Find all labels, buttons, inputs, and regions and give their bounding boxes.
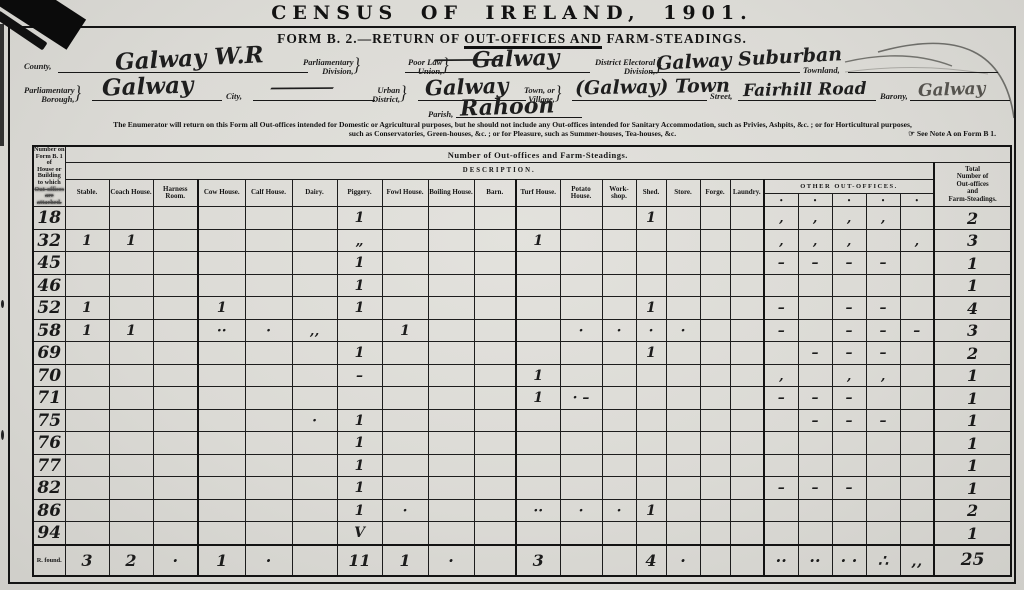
house-number-cell: 52 bbox=[33, 297, 65, 320]
table-row: 94V1 bbox=[33, 522, 1011, 545]
mark-cell-calf bbox=[245, 229, 292, 252]
mark-cell-boiling bbox=[428, 364, 474, 387]
column-header-potato: Potato House. bbox=[560, 179, 602, 207]
mark-cell-o3 bbox=[832, 454, 866, 477]
county-label: County, bbox=[24, 62, 51, 71]
mark-cell-o5 bbox=[900, 432, 934, 455]
mark-cell-o3: ‚ bbox=[832, 229, 866, 252]
mark-cell-forge bbox=[700, 274, 730, 297]
parl-division-label: ParliamentaryDivision,} bbox=[303, 58, 360, 75]
mark-cell-shed: 1 bbox=[636, 207, 666, 230]
mark-cell-cow bbox=[198, 387, 245, 410]
mark-cell-shed bbox=[636, 364, 666, 387]
total-mark-cell-o1: ·· bbox=[764, 545, 798, 576]
mark-cell-dairy: ‚‚ bbox=[292, 319, 337, 342]
mark-cell-calf bbox=[245, 522, 292, 545]
row-total-cell: 2 bbox=[934, 499, 1011, 522]
mark-cell-fowl bbox=[382, 207, 428, 230]
mark-cell-o4: – bbox=[866, 297, 900, 320]
mark-cell-turf bbox=[516, 207, 560, 230]
mark-cell-o5 bbox=[900, 207, 934, 230]
mark-cell-o5 bbox=[900, 342, 934, 365]
house-number-cell: 75 bbox=[33, 409, 65, 432]
mark-cell-calf: · bbox=[245, 319, 292, 342]
mark-cell-o2: – bbox=[798, 477, 832, 500]
mark-cell-store bbox=[666, 387, 700, 410]
mark-cell-o1: ‚ bbox=[764, 364, 798, 387]
mark-cell-stable bbox=[65, 432, 109, 455]
mark-cell-laundry bbox=[730, 342, 764, 365]
mark-cell-workshop bbox=[602, 297, 636, 320]
description-header: Description. bbox=[65, 163, 934, 180]
mark-cell-turf bbox=[516, 274, 560, 297]
mark-cell-o4: – bbox=[866, 319, 900, 342]
mark-cell-workshop bbox=[602, 387, 636, 410]
mark-cell-turf: 1 bbox=[516, 229, 560, 252]
mark-cell-piggery: 1 bbox=[337, 499, 382, 522]
mark-cell-stable bbox=[65, 499, 109, 522]
column-header-fowl: Fowl House. bbox=[382, 179, 428, 207]
mark-cell-fowl: 1 bbox=[382, 319, 428, 342]
column-header-coach: Coach House. bbox=[109, 179, 153, 207]
mark-cell-fowl bbox=[382, 297, 428, 320]
mark-cell-coach bbox=[109, 454, 153, 477]
grand-total-cell: 25 bbox=[934, 545, 1011, 576]
form-subtitle-pre: FORM B. 2.—RETURN OF bbox=[277, 31, 464, 46]
barony-value: Galway bbox=[918, 79, 986, 101]
mark-cell-o5 bbox=[900, 409, 934, 432]
mark-cell-turf: ·· bbox=[516, 499, 560, 522]
column-header-forge: Forge. bbox=[700, 179, 730, 207]
other-out-offices-header: Other Out-Offices. bbox=[764, 179, 934, 194]
mark-cell-stable: 1 bbox=[65, 319, 109, 342]
table-span-header: Number of Out-offices and Farm-Steadings… bbox=[65, 146, 1011, 163]
mark-cell-boiling bbox=[428, 454, 474, 477]
mark-cell-laundry bbox=[730, 409, 764, 432]
mark-cell-cow bbox=[198, 432, 245, 455]
mark-cell-store bbox=[666, 274, 700, 297]
mark-cell-stable bbox=[65, 252, 109, 275]
totals-row-label: R. found. bbox=[33, 545, 65, 576]
mark-cell-forge bbox=[700, 522, 730, 545]
mark-cell-potato bbox=[560, 477, 602, 500]
other-dot-header: • bbox=[900, 194, 934, 207]
table-row: 7711 bbox=[33, 454, 1011, 477]
table-row: 451––––1 bbox=[33, 252, 1011, 275]
mark-cell-stable: 1 bbox=[65, 297, 109, 320]
table-row: 70–1‚‚‚1 bbox=[33, 364, 1011, 387]
house-number-cell: 58 bbox=[33, 319, 65, 342]
mark-cell-shed: · bbox=[636, 319, 666, 342]
mark-cell-cow bbox=[198, 364, 245, 387]
mark-cell-turf bbox=[516, 319, 560, 342]
form-subtitle-post: FARM-STEADINGS. bbox=[602, 31, 747, 46]
row-total-cell: 1 bbox=[934, 387, 1011, 410]
mark-cell-laundry bbox=[730, 387, 764, 410]
mark-cell-workshop: · bbox=[602, 499, 636, 522]
row-total-cell: 1 bbox=[934, 409, 1011, 432]
column-header-shed: Shed. bbox=[636, 179, 666, 207]
mark-cell-stable bbox=[65, 387, 109, 410]
house-number-cell: 86 bbox=[33, 499, 65, 522]
mark-cell-stable bbox=[65, 364, 109, 387]
mark-cell-harness bbox=[153, 522, 198, 545]
mark-cell-turf bbox=[516, 409, 560, 432]
mark-cell-boiling bbox=[428, 387, 474, 410]
mark-cell-harness bbox=[153, 454, 198, 477]
mark-cell-dairy bbox=[292, 274, 337, 297]
mark-cell-boiling bbox=[428, 499, 474, 522]
mark-cell-potato bbox=[560, 454, 602, 477]
mark-cell-o5 bbox=[900, 364, 934, 387]
row-total-cell: 1 bbox=[934, 364, 1011, 387]
mark-cell-shed bbox=[636, 432, 666, 455]
mark-cell-harness bbox=[153, 274, 198, 297]
total-mark-cell-piggery: 11 bbox=[337, 545, 382, 576]
column-header-barn: Barn. bbox=[474, 179, 516, 207]
mark-cell-piggery: 1 bbox=[337, 274, 382, 297]
house-number-cell: 71 bbox=[33, 387, 65, 410]
total-mark-cell-shed: 4 bbox=[636, 545, 666, 576]
mark-cell-harness bbox=[153, 499, 198, 522]
row-total-cell: 1 bbox=[934, 432, 1011, 455]
mark-cell-calf bbox=[245, 387, 292, 410]
mark-cell-o3 bbox=[832, 522, 866, 545]
mark-cell-piggery: „ bbox=[337, 229, 382, 252]
mark-cell-o2 bbox=[798, 297, 832, 320]
parl-borough-label: ParliamentaryBorough,} bbox=[24, 86, 81, 103]
poor-law-value: Galway bbox=[472, 44, 560, 73]
mark-cell-o4 bbox=[866, 432, 900, 455]
mark-cell-potato bbox=[560, 522, 602, 545]
table-row: 6911–––2 bbox=[33, 342, 1011, 365]
mark-cell-o1: – bbox=[764, 319, 798, 342]
mark-cell-laundry bbox=[730, 319, 764, 342]
mark-cell-shed: 1 bbox=[636, 297, 666, 320]
mark-cell-cow bbox=[198, 229, 245, 252]
mark-cell-o4 bbox=[866, 499, 900, 522]
total-mark-cell-coach: 2 bbox=[109, 545, 153, 576]
mark-cell-boiling bbox=[428, 432, 474, 455]
mark-cell-barn bbox=[474, 387, 516, 410]
mark-cell-dairy bbox=[292, 454, 337, 477]
total-mark-cell-o3: · · bbox=[832, 545, 866, 576]
mark-cell-o3: – bbox=[832, 409, 866, 432]
mark-cell-o4 bbox=[866, 274, 900, 297]
mark-cell-workshop bbox=[602, 409, 636, 432]
table-row: 711· ––––1 bbox=[33, 387, 1011, 410]
mark-cell-coach: 1 bbox=[109, 229, 153, 252]
mark-cell-store bbox=[666, 454, 700, 477]
mark-cell-fowl: · bbox=[382, 499, 428, 522]
mark-cell-dairy bbox=[292, 364, 337, 387]
mark-cell-laundry bbox=[730, 477, 764, 500]
census-table: Number onForm B. 1ofHouse orBuildingto w… bbox=[32, 145, 1012, 577]
scan-speck bbox=[1, 300, 4, 308]
mark-cell-turf: 1 bbox=[516, 364, 560, 387]
mark-cell-shed bbox=[636, 229, 666, 252]
mark-cell-o1: – bbox=[764, 387, 798, 410]
mark-cell-workshop bbox=[602, 342, 636, 365]
mark-cell-o5 bbox=[900, 274, 934, 297]
mark-cell-boiling bbox=[428, 252, 474, 275]
mark-cell-boiling bbox=[428, 477, 474, 500]
mark-cell-stable bbox=[65, 342, 109, 365]
mark-cell-shed bbox=[636, 387, 666, 410]
mark-cell-calf bbox=[245, 252, 292, 275]
mark-cell-laundry bbox=[730, 229, 764, 252]
mark-cell-dairy bbox=[292, 522, 337, 545]
mark-cell-coach bbox=[109, 297, 153, 320]
mark-cell-o2: ‚ bbox=[798, 207, 832, 230]
column-header-boiling: Boiling House. bbox=[428, 179, 474, 207]
total-mark-cell-forge bbox=[700, 545, 730, 576]
mark-cell-workshop: · bbox=[602, 319, 636, 342]
mark-cell-harness bbox=[153, 432, 198, 455]
mark-cell-turf bbox=[516, 252, 560, 275]
mark-cell-barn bbox=[474, 252, 516, 275]
mark-cell-piggery: 1 bbox=[337, 252, 382, 275]
total-mark-cell-harness: · bbox=[153, 545, 198, 576]
mark-cell-workshop bbox=[602, 207, 636, 230]
mark-cell-o1: – bbox=[764, 297, 798, 320]
mark-cell-dairy bbox=[292, 207, 337, 230]
mark-cell-forge bbox=[700, 387, 730, 410]
mark-cell-boiling bbox=[428, 342, 474, 365]
mark-cell-o2 bbox=[798, 364, 832, 387]
mark-cell-stable: 1 bbox=[65, 229, 109, 252]
mark-cell-barn bbox=[474, 477, 516, 500]
total-mark-cell-potato bbox=[560, 545, 602, 576]
mark-cell-workshop bbox=[602, 252, 636, 275]
mark-cell-o3: – bbox=[832, 342, 866, 365]
column-header-turf: Turf House. bbox=[516, 179, 560, 207]
mark-cell-barn bbox=[474, 432, 516, 455]
mark-cell-o3: – bbox=[832, 319, 866, 342]
mark-cell-o1 bbox=[764, 432, 798, 455]
mark-cell-coach bbox=[109, 477, 153, 500]
mark-cell-cow bbox=[198, 207, 245, 230]
mark-cell-forge bbox=[700, 297, 730, 320]
mark-cell-o5 bbox=[900, 252, 934, 275]
townland-underline bbox=[848, 72, 998, 73]
mark-cell-calf bbox=[245, 477, 292, 500]
mark-cell-dairy: · bbox=[292, 409, 337, 432]
form-subtitle: FORM B. 2.—RETURN OF OUT-OFFICES AND FAR… bbox=[10, 31, 1014, 47]
city-value: — bbox=[295, 80, 309, 96]
mark-cell-dairy bbox=[292, 477, 337, 500]
column-header-dairy: Dairy. bbox=[292, 179, 337, 207]
mark-cell-store bbox=[666, 252, 700, 275]
mark-cell-barn bbox=[474, 297, 516, 320]
mark-cell-fowl bbox=[382, 342, 428, 365]
mark-cell-barn bbox=[474, 319, 516, 342]
town-village-underline bbox=[572, 100, 707, 101]
mark-cell-o2 bbox=[798, 432, 832, 455]
total-mark-cell-fowl: 1 bbox=[382, 545, 428, 576]
mark-cell-forge bbox=[700, 432, 730, 455]
street-label: Street, bbox=[710, 92, 732, 101]
mark-cell-potato bbox=[560, 342, 602, 365]
mark-cell-dairy bbox=[292, 252, 337, 275]
mark-cell-cow bbox=[198, 274, 245, 297]
mark-cell-harness bbox=[153, 229, 198, 252]
mark-cell-coach bbox=[109, 207, 153, 230]
table-row: 7611 bbox=[33, 432, 1011, 455]
house-number-cell: 69 bbox=[33, 342, 65, 365]
mark-cell-shed bbox=[636, 252, 666, 275]
total-mark-cell-o5: ‚‚ bbox=[900, 545, 934, 576]
note-reference: ☞ See Note A on Form B 1. bbox=[908, 129, 996, 138]
mark-cell-o4: – bbox=[866, 342, 900, 365]
mark-cell-forge bbox=[700, 364, 730, 387]
mark-cell-stable bbox=[65, 207, 109, 230]
mark-cell-shed bbox=[636, 274, 666, 297]
mark-cell-dairy bbox=[292, 297, 337, 320]
mark-cell-potato: · – bbox=[560, 387, 602, 410]
total-column-header: TotalNumber ofOut-officesandFarm-Steadin… bbox=[934, 163, 1011, 207]
mark-cell-boiling bbox=[428, 319, 474, 342]
mark-cell-o5 bbox=[900, 297, 934, 320]
mark-cell-cow: ·· bbox=[198, 319, 245, 342]
mark-cell-fowl bbox=[382, 252, 428, 275]
mark-cell-coach bbox=[109, 274, 153, 297]
mark-cell-forge bbox=[700, 342, 730, 365]
mark-cell-forge bbox=[700, 499, 730, 522]
mark-cell-o3: – bbox=[832, 477, 866, 500]
other-dot-header: • bbox=[798, 194, 832, 207]
mark-cell-o2 bbox=[798, 522, 832, 545]
mark-cell-turf bbox=[516, 297, 560, 320]
mark-cell-store bbox=[666, 342, 700, 365]
house-number-cell: 82 bbox=[33, 477, 65, 500]
mark-cell-potato bbox=[560, 229, 602, 252]
mark-cell-harness bbox=[153, 319, 198, 342]
scan-left-edge bbox=[0, 24, 4, 146]
mark-cell-potato bbox=[560, 364, 602, 387]
row-total-cell: 1 bbox=[934, 454, 1011, 477]
mark-cell-potato bbox=[560, 274, 602, 297]
mark-cell-turf bbox=[516, 342, 560, 365]
mark-cell-o4 bbox=[866, 454, 900, 477]
row-total-cell: 4 bbox=[934, 297, 1011, 320]
mark-cell-cow bbox=[198, 252, 245, 275]
mark-cell-calf bbox=[245, 364, 292, 387]
column-header-workshop: Work- shop. bbox=[602, 179, 636, 207]
row-total-cell: 2 bbox=[934, 342, 1011, 365]
mark-cell-laundry bbox=[730, 364, 764, 387]
table-row: 5811···‚‚1····––––3 bbox=[33, 319, 1011, 342]
mark-cell-store bbox=[666, 364, 700, 387]
mark-cell-o2: – bbox=[798, 387, 832, 410]
mark-cell-barn bbox=[474, 342, 516, 365]
row-total-cell: 1 bbox=[934, 477, 1011, 500]
total-mark-cell-boiling: · bbox=[428, 545, 474, 576]
mark-cell-fowl bbox=[382, 364, 428, 387]
row-total-cell: 1 bbox=[934, 252, 1011, 275]
mark-cell-forge bbox=[700, 229, 730, 252]
mark-cell-laundry bbox=[730, 252, 764, 275]
mark-cell-dairy bbox=[292, 229, 337, 252]
mark-cell-stable bbox=[65, 454, 109, 477]
mark-cell-workshop bbox=[602, 454, 636, 477]
column-header-cow: Cow House. bbox=[198, 179, 245, 207]
mark-cell-fowl bbox=[382, 229, 428, 252]
mark-cell-o2 bbox=[798, 499, 832, 522]
mark-cell-boiling bbox=[428, 229, 474, 252]
column-header-stable: Stable. bbox=[65, 179, 109, 207]
house-number-cell: 18 bbox=[33, 207, 65, 230]
mark-cell-forge bbox=[700, 252, 730, 275]
mark-cell-piggery bbox=[337, 319, 382, 342]
mark-cell-harness bbox=[153, 364, 198, 387]
mark-cell-o1: – bbox=[764, 252, 798, 275]
table-row: 521111–––4 bbox=[33, 297, 1011, 320]
mark-cell-harness bbox=[153, 342, 198, 365]
mark-cell-potato: · bbox=[560, 499, 602, 522]
mark-cell-barn bbox=[474, 364, 516, 387]
mark-cell-stable bbox=[65, 409, 109, 432]
mark-cell-piggery: 1 bbox=[337, 297, 382, 320]
mark-cell-dairy bbox=[292, 432, 337, 455]
mark-cell-shed bbox=[636, 522, 666, 545]
mark-cell-coach bbox=[109, 387, 153, 410]
mark-cell-o1: ‚ bbox=[764, 207, 798, 230]
mark-cell-shed: 1 bbox=[636, 499, 666, 522]
mark-cell-barn bbox=[474, 454, 516, 477]
mark-cell-laundry bbox=[730, 274, 764, 297]
column-header-harness: Harness Room. bbox=[153, 179, 198, 207]
mark-cell-potato bbox=[560, 409, 602, 432]
mark-cell-o1 bbox=[764, 274, 798, 297]
mark-cell-o1: – bbox=[764, 477, 798, 500]
town-village-value: (Galway) Town bbox=[575, 75, 730, 100]
mark-cell-calf bbox=[245, 207, 292, 230]
mark-cell-o1: ‚ bbox=[764, 229, 798, 252]
mark-cell-o3: – bbox=[832, 297, 866, 320]
mark-cell-harness bbox=[153, 297, 198, 320]
mark-cell-fowl bbox=[382, 522, 428, 545]
mark-cell-cow bbox=[198, 409, 245, 432]
mark-cell-calf bbox=[245, 274, 292, 297]
total-mark-cell-o4: ∴ bbox=[866, 545, 900, 576]
mark-cell-forge bbox=[700, 477, 730, 500]
first-column-header: Number onForm B. 1ofHouse orBuildingto w… bbox=[33, 146, 65, 207]
total-mark-cell-turf: 3 bbox=[516, 545, 560, 576]
total-mark-cell-stable: 3 bbox=[65, 545, 109, 576]
mark-cell-store bbox=[666, 297, 700, 320]
mark-cell-fowl bbox=[382, 409, 428, 432]
row-total-cell: 1 bbox=[934, 274, 1011, 297]
mark-cell-laundry bbox=[730, 499, 764, 522]
mark-cell-o2 bbox=[798, 319, 832, 342]
mark-cell-harness bbox=[153, 207, 198, 230]
mark-cell-fowl bbox=[382, 477, 428, 500]
mark-cell-dairy bbox=[292, 499, 337, 522]
total-mark-cell-store: · bbox=[666, 545, 700, 576]
mark-cell-o2 bbox=[798, 454, 832, 477]
mark-cell-piggery: – bbox=[337, 364, 382, 387]
mark-cell-barn bbox=[474, 274, 516, 297]
mark-cell-cow bbox=[198, 522, 245, 545]
mark-cell-o2: – bbox=[798, 409, 832, 432]
mark-cell-coach bbox=[109, 522, 153, 545]
mark-cell-laundry bbox=[730, 207, 764, 230]
urban-district-label: UrbanDistrict,} bbox=[372, 86, 407, 103]
house-number-cell: 76 bbox=[33, 432, 65, 455]
barony-label: Barony, bbox=[880, 92, 908, 101]
mark-cell-shed bbox=[636, 477, 666, 500]
